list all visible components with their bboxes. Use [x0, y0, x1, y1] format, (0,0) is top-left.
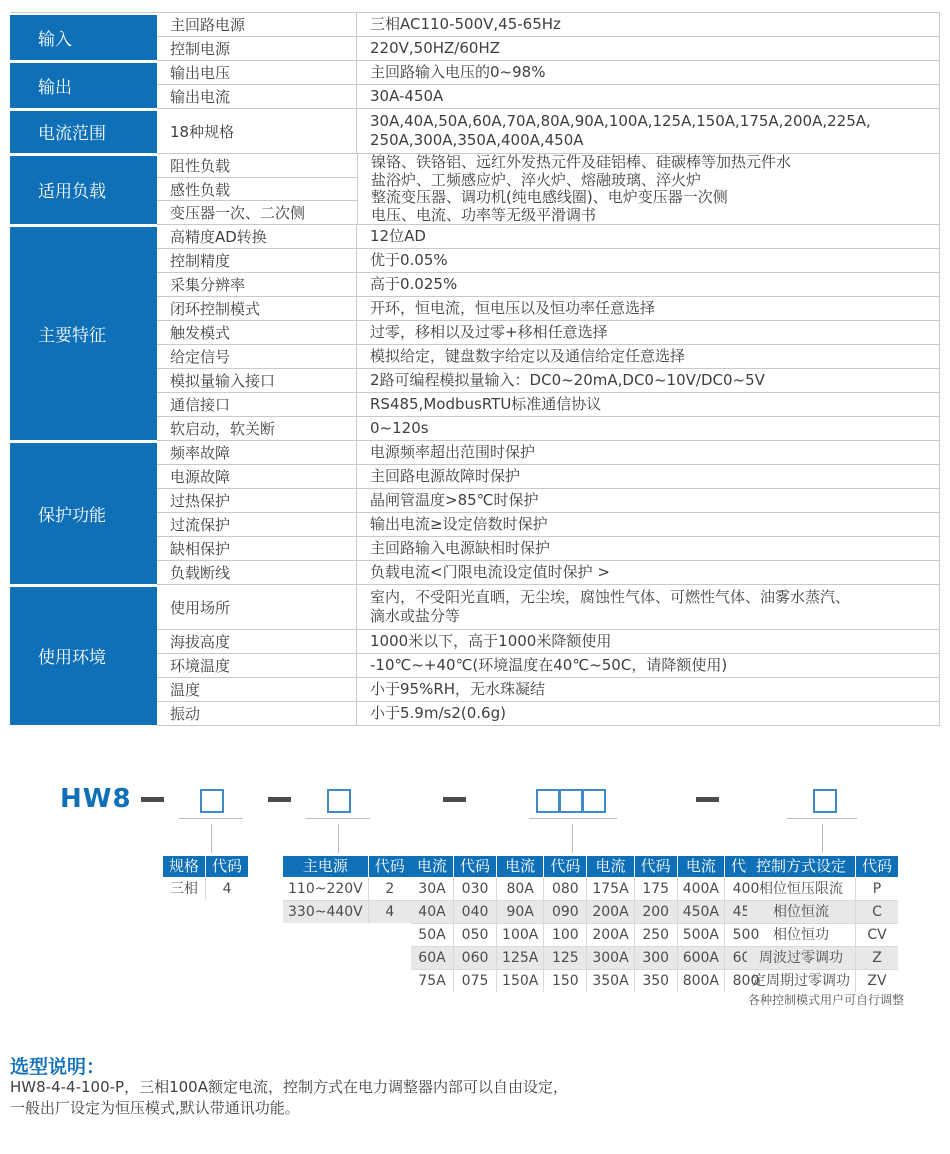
row-label: 模拟量输入接口: [157, 369, 357, 392]
connector-line: [572, 824, 573, 853]
spec-table: 输入主回路电源三相AC110-500V,45-65Hz控制电源220V,50HZ…: [10, 12, 940, 726]
table-row: 40A04090A090200A200450A450: [411, 901, 767, 924]
section-body: 输出电压主回路输入电压的0~98%输出电流30A-450A: [157, 61, 940, 109]
section-title: 主要特征: [10, 227, 157, 440]
table-cell: 400A: [677, 878, 724, 901]
dash-separator: [141, 797, 164, 802]
table-cell: C: [856, 901, 899, 924]
spec-row: 使用场所室内，不受阳光直晒，无尘埃，腐蚀性气体、可燃性气体、油雾水蒸汽、滴水或盐…: [157, 585, 939, 630]
spec-row: 振动小于5.9m/s2(0.6g): [157, 702, 939, 726]
table-cell: 40A: [411, 901, 454, 924]
spec-section: 使用环境使用场所室内，不受阳光直晒，无尘埃，腐蚀性气体、可燃性气体、油雾水蒸汽、…: [10, 585, 940, 726]
table-cell: 800A: [677, 970, 724, 993]
header-row: 规格代码: [163, 856, 248, 878]
row-value: 高于0.025%: [357, 273, 939, 296]
row-value: 主回路输入电源缺相时保护: [357, 537, 939, 560]
row-label: 频率故障: [157, 441, 357, 464]
selection-note-line: 一般出厂设定为恒压模式,默认带通讯功能。: [10, 1098, 568, 1119]
section-title: 输入: [10, 15, 157, 60]
table-cell: 110~220V: [283, 878, 368, 901]
column-header: 代码: [634, 856, 677, 878]
underline: [787, 818, 857, 819]
column-header: 规格: [163, 856, 206, 878]
table-cell: 030: [454, 878, 497, 901]
section-title: 电流范围: [10, 111, 157, 153]
table-row: 75A075150A150350A350800A800: [411, 970, 767, 993]
table-cell: 30A: [411, 878, 454, 901]
row-value: 电源频率超出范围时保护: [357, 441, 939, 464]
row-label: 变压器一次、二次侧: [157, 201, 357, 224]
section-body: 阻性负载感性负载变压器一次、二次侧镍铬、铁铬铝、远红外发热元件及硅铝棒、硅碳棒等…: [157, 154, 940, 225]
code-box-power: [327, 789, 351, 813]
selection-note-line: HW8-4-4-100-P，三相100A额定电流，控制方式在电力调整器内部可以自…: [10, 1077, 568, 1098]
spec-row: 采集分辨率高于0.025%: [157, 273, 939, 297]
underline: [179, 818, 243, 819]
spec-row: 模拟量输入接口2路可编程模拟量输入：DC0~20mA,DC0~10V/DC0~5…: [157, 369, 939, 393]
row-value: 30A,40A,50A,60A,70A,80A,90A,100A,125A,15…: [357, 109, 939, 153]
table-cell: 125: [544, 947, 587, 970]
row-label: 过流保护: [157, 513, 357, 536]
table-cell: 450A: [677, 901, 724, 924]
table-cell: 100A: [497, 924, 544, 947]
column-header: 代码: [856, 856, 899, 878]
header-row: 控制方式设定代码: [747, 856, 898, 878]
row-label: 电源故障: [157, 465, 357, 488]
spec-row: 给定信号模拟给定，键盘数字给定以及通信给定任意选择: [157, 345, 939, 369]
table-row: 50A050100A100200A250500A500: [411, 924, 767, 947]
table-cell: 125A: [497, 947, 544, 970]
spec-row: 主回路电源三相AC110-500V,45-65Hz: [157, 13, 939, 37]
row-label: 温度: [157, 678, 357, 701]
spec-section: 保护功能频率故障电源频率超出范围时保护电源故障主回路电源故障时保护过热保护晶闸管…: [10, 441, 940, 585]
table-cell: 75A: [411, 970, 454, 993]
row-value: 输出电流≥设定倍数时保护: [357, 513, 939, 536]
table-cell: 175: [634, 878, 677, 901]
row-value: 2路可编程模拟量输入：DC0~20mA,DC0~10V/DC0~5V: [357, 369, 939, 392]
row-value: RS485,ModbusRTU标准通信协议: [357, 393, 939, 416]
table-cell: Z: [856, 947, 899, 970]
table-row: 三相4: [163, 878, 248, 901]
table-cell: 200: [634, 901, 677, 924]
row-label: 过热保护: [157, 489, 357, 512]
column-header: 电流: [411, 856, 454, 878]
table-cell: 050: [454, 924, 497, 947]
connector-line: [338, 824, 339, 853]
section-title: 输出: [10, 63, 157, 108]
section-body: 高精度AD转换12位AD控制精度优于0.05%采集分辨率高于0.025%闭环控制…: [157, 225, 940, 441]
row-label: 控制电源: [157, 37, 357, 60]
spec-row: 控制精度优于0.05%: [157, 249, 939, 273]
table-cell: ZV: [856, 970, 899, 993]
table-cell: 060: [454, 947, 497, 970]
table-cell: 80A: [497, 878, 544, 901]
row-label: 高精度AD转换: [157, 225, 357, 248]
table-cell: 075: [454, 970, 497, 993]
spec-row: 触发模式过零，移相以及过零+移相任意选择: [157, 321, 939, 345]
table-cell: 三相: [163, 878, 206, 901]
code-table-spec: 规格代码三相4: [163, 856, 248, 900]
spec-row: 频率故障电源频率超出范围时保护: [157, 441, 939, 465]
connector-line: [822, 824, 823, 853]
table-cell: 040: [454, 901, 497, 924]
dash-separator: [696, 797, 719, 802]
table-cell: 200A: [587, 924, 634, 947]
spec-row: 过流保护输出电流≥设定倍数时保护: [157, 513, 939, 537]
row-label: 缺相保护: [157, 537, 357, 560]
row-label: 控制精度: [157, 249, 357, 272]
section-title: 适用负载: [10, 156, 157, 224]
row-label: 给定信号: [157, 345, 357, 368]
value-line: 整流变压器、调功机(纯电感线圈)、电炉变压器一次侧: [371, 189, 933, 207]
table-cell: P: [856, 878, 899, 901]
control-modes-note: 各种控制模式用户可自行调整: [748, 991, 904, 1008]
code-table-power: 主电源代码110~220V2330~440V4: [283, 856, 411, 923]
header-row: 主电源代码: [283, 856, 411, 878]
table-cell: 300A: [587, 947, 634, 970]
dash-separator: [443, 797, 466, 802]
spec-row: 18种规格30A,40A,50A,60A,70A,80A,90A,100A,12…: [157, 109, 939, 154]
underline: [306, 818, 370, 819]
code-table-current: 电流代码电流代码电流代码电流代码30A03080A080175A175400A4…: [411, 856, 767, 992]
spec-section: 电流范围18种规格30A,40A,50A,60A,70A,80A,90A,100…: [10, 109, 940, 154]
table-cell: CV: [856, 924, 899, 947]
row-label: 输出电流: [157, 85, 357, 108]
spec-row: 输出电流30A-450A: [157, 85, 939, 109]
code-box-current-1: [536, 789, 560, 813]
row-value: 三相AC110-500V,45-65Hz: [357, 13, 939, 36]
table-cell: 100: [544, 924, 587, 947]
spec-row: 负载断线负载电流<门限电流设定值时保护 >: [157, 561, 939, 585]
table-cell: 200A: [587, 901, 634, 924]
table-row: 相位恒流C: [747, 901, 898, 924]
row-value: 主回路电源故障时保护: [357, 465, 939, 488]
row-label: 18种规格: [157, 109, 357, 153]
code-box-current-2: [559, 789, 583, 813]
table-cell: 2: [368, 878, 411, 901]
row-value: 220V,50HZ/60HZ: [357, 37, 939, 60]
row-value: 1000米以下，高于1000米降额使用: [357, 630, 939, 653]
column-header: 代码: [544, 856, 587, 878]
row-label: 采集分辨率: [157, 273, 357, 296]
row-value: 优于0.05%: [357, 249, 939, 272]
row-label: 软启动，软关断: [157, 417, 357, 440]
row-label: 振动: [157, 702, 357, 725]
row-label: 使用场所: [157, 585, 357, 629]
table-cell: 相位恒压限流: [747, 878, 856, 901]
underline: [529, 818, 617, 819]
table-cell: 周波过零调功: [747, 947, 856, 970]
value-lines: 室内，不受阳光直晒，无尘埃，腐蚀性气体、可燃性气体、油雾水蒸汽、滴水或盐分等: [370, 588, 850, 626]
row-value: 30A-450A: [357, 85, 939, 108]
table-cell: 定周期过零调功: [747, 970, 856, 993]
section-body: 频率故障电源频率超出范围时保护电源故障主回路电源故障时保护过热保护晶闸管温度>8…: [157, 441, 940, 585]
column-header: 主电源: [283, 856, 368, 878]
table-row: 110~220V2: [283, 878, 411, 901]
row-value: -10℃~+40℃(环境温度在40℃~50C，请降额使用): [357, 654, 939, 677]
row-label: 输出电压: [157, 61, 357, 84]
table-cell: 300: [634, 947, 677, 970]
table-row: 相位恒功CV: [747, 924, 898, 947]
section-title: 保护功能: [10, 443, 157, 584]
column-header: 代码: [368, 856, 411, 878]
selection-note-title: 选型说明：: [10, 1052, 105, 1079]
table-cell: 相位恒功: [747, 924, 856, 947]
row-label: 感性负载: [157, 178, 357, 202]
table-cell: 60A: [411, 947, 454, 970]
row-label: 海拔高度: [157, 630, 357, 653]
row-value: 室内，不受阳光直晒，无尘埃，腐蚀性气体、可燃性气体、油雾水蒸汽、滴水或盐分等: [357, 585, 939, 629]
row-value: 晶闸管温度>85℃时保护: [357, 489, 939, 512]
column-header: 代码: [206, 856, 249, 878]
row-value: 主回路输入电压的0~98%: [357, 61, 939, 84]
connector-line: [211, 824, 212, 853]
table-row: 定周期过零调功ZV: [747, 970, 898, 993]
spec-row: 温度小于95%RH，无水珠凝结: [157, 678, 939, 702]
row-value: 过零，移相以及过零+移相任意选择: [357, 321, 939, 344]
table-cell: 500A: [677, 924, 724, 947]
column-header: 电流: [497, 856, 544, 878]
column-header: 电流: [587, 856, 634, 878]
table-cell: 相位恒流: [747, 901, 856, 924]
model-prefix: HW8: [60, 784, 132, 814]
spec-section: 适用负载阻性负载感性负载变压器一次、二次侧镍铬、铁铬铝、远红外发热元件及硅铝棒、…: [10, 154, 940, 225]
section-title: 使用环境: [10, 587, 157, 725]
table-cell: 330~440V: [283, 901, 368, 924]
spec-row: 软启动，软关断0~120s: [157, 417, 939, 441]
code-box-spec: [200, 789, 224, 813]
merged-row: 阻性负载感性负载变压器一次、二次侧镍铬、铁铬铝、远红外发热元件及硅铝棒、硅碳棒等…: [157, 154, 939, 225]
section-body: 18种规格30A,40A,50A,60A,70A,80A,90A,100A,12…: [157, 109, 940, 154]
spec-row: 缺相保护主回路输入电源缺相时保护: [157, 537, 939, 561]
spec-row: 过热保护晶闸管温度>85℃时保护: [157, 489, 939, 513]
code-box-current-3: [582, 789, 606, 813]
row-value: 12位AD: [357, 225, 939, 248]
column-header: 代码: [454, 856, 497, 878]
table-cell: 4: [206, 878, 249, 901]
row-value: 小于5.9m/s2(0.6g): [357, 702, 939, 725]
datasheet-page: 输入主回路电源三相AC110-500V,45-65Hz控制电源220V,50HZ…: [0, 0, 950, 1154]
row-label: 阻性负载: [157, 154, 357, 178]
spec-row: 海拔高度1000米以下，高于1000米降额使用: [157, 630, 939, 654]
table-cell: 4: [368, 901, 411, 924]
row-value: 0~120s: [357, 417, 939, 440]
value-lines: 30A,40A,50A,60A,70A,80A,90A,100A,125A,15…: [370, 112, 871, 150]
table-cell: 600A: [677, 947, 724, 970]
table-cell: 090: [544, 901, 587, 924]
table-row: 330~440V4: [283, 901, 411, 924]
row-label: 环境温度: [157, 654, 357, 677]
row-label: 触发模式: [157, 321, 357, 344]
table-cell: 150: [544, 970, 587, 993]
table-row: 30A03080A080175A175400A400: [411, 878, 767, 901]
table-cell: 90A: [497, 901, 544, 924]
row-label: 通信接口: [157, 393, 357, 416]
header-row: 电流代码电流代码电流代码电流代码: [411, 856, 767, 878]
row-value: 镍铬、铁铬铝、远红外发热元件及硅铝棒、硅碳棒等加热元件水盐浴炉、工频感应炉、淬火…: [358, 154, 939, 224]
row-label: 负载断线: [157, 561, 357, 584]
table-row: 相位恒压限流P: [747, 878, 898, 901]
value-line: 盐浴炉、工频感应炉、淬火炉、熔融玻璃、淬火炉: [371, 172, 933, 190]
row-value: 负载电流<门限电流设定值时保护 >: [357, 561, 939, 584]
value-line: 电压、电流、功率等无级平滑调书: [371, 207, 933, 225]
dash-separator: [268, 797, 291, 802]
table-cell: 175A: [587, 878, 634, 901]
code-box-control: [813, 789, 837, 813]
table-cell: 250: [634, 924, 677, 947]
table-row: 60A060125A125300A300600A600: [411, 947, 767, 970]
table-row: 周波过零调功Z: [747, 947, 898, 970]
value-line: 镍铬、铁铬铝、远红外发热元件及硅铝棒、硅碳棒等加热元件水: [371, 154, 933, 172]
table-cell: 50A: [411, 924, 454, 947]
row-value: 模拟给定，键盘数字给定以及通信给定任意选择: [357, 345, 939, 368]
spec-section: 输出输出电压主回路输入电压的0~98%输出电流30A-450A: [10, 61, 940, 109]
selection-note-body: HW8-4-4-100-P，三相100A额定电流，控制方式在电力调整器内部可以自…: [10, 1077, 568, 1119]
row-label: 主回路电源: [157, 13, 357, 36]
spec-row: 通信接口RS485,ModbusRTU标准通信协议: [157, 393, 939, 417]
spec-row: 电源故障主回路电源故障时保护: [157, 465, 939, 489]
row-value: 开环，恒电流，恒电压以及恒功率任意选择: [357, 297, 939, 320]
table-cell: 150A: [497, 970, 544, 993]
spec-row: 高精度AD转换12位AD: [157, 225, 939, 249]
code-table-control: 控制方式设定代码相位恒压限流P相位恒流C相位恒功CV周波过零调功Z定周期过零调功…: [747, 856, 898, 992]
spec-row: 输出电压主回路输入电压的0~98%: [157, 61, 939, 85]
table-cell: 350: [634, 970, 677, 993]
section-body: 主回路电源三相AC110-500V,45-65Hz控制电源220V,50HZ/6…: [157, 13, 940, 61]
spec-row: 控制电源220V,50HZ/60HZ: [157, 37, 939, 61]
spec-row: 闭环控制模式开环，恒电流，恒电压以及恒功率任意选择: [157, 297, 939, 321]
spec-row: 环境温度-10℃~+40℃(环境温度在40℃~50C，请降额使用): [157, 654, 939, 678]
row-labels: 阻性负载感性负载变压器一次、二次侧: [157, 154, 358, 224]
spec-section: 主要特征高精度AD转换12位AD控制精度优于0.05%采集分辨率高于0.025%…: [10, 225, 940, 441]
row-label: 闭环控制模式: [157, 297, 357, 320]
column-header: 控制方式设定: [747, 856, 856, 878]
column-header: 电流: [677, 856, 724, 878]
section-body: 使用场所室内，不受阳光直晒，无尘埃，腐蚀性气体、可燃性气体、油雾水蒸汽、滴水或盐…: [157, 585, 940, 726]
row-value: 小于95%RH，无水珠凝结: [357, 678, 939, 701]
spec-section: 输入主回路电源三相AC110-500V,45-65Hz控制电源220V,50HZ…: [10, 13, 940, 61]
table-cell: 080: [544, 878, 587, 901]
table-cell: 350A: [587, 970, 634, 993]
